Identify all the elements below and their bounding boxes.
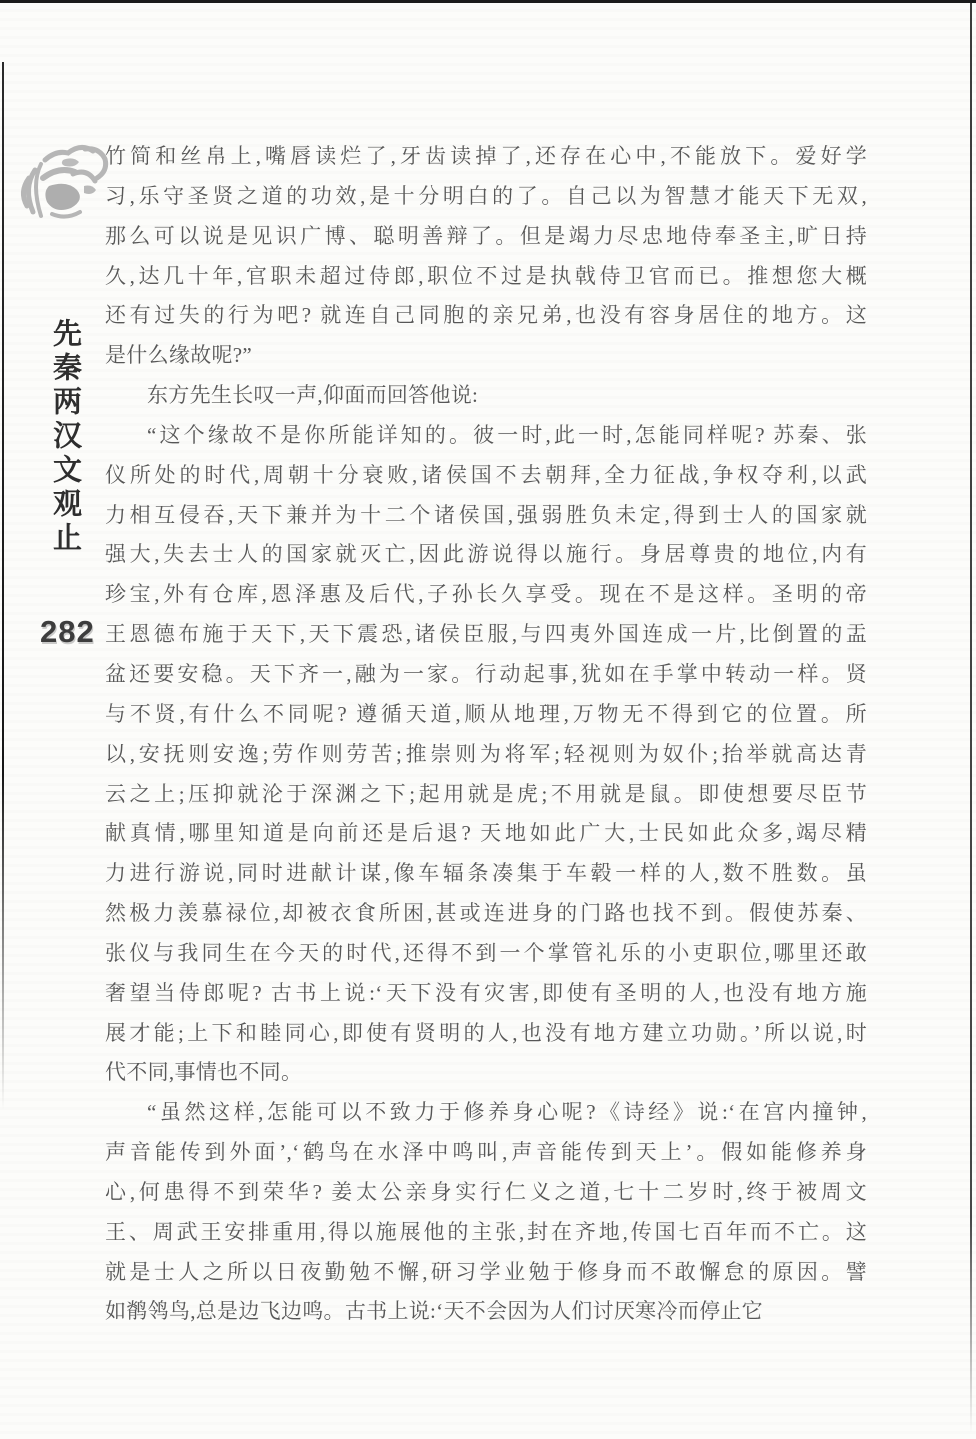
page-number: 282	[40, 614, 110, 650]
publisher-stamp-icon	[14, 138, 110, 228]
text-line: 云之上;压抑就沦于深渊之下;起用就是虎;不用就是鼠。即使想要尽臣节	[105, 775, 867, 815]
page-edge-left	[2, 62, 4, 1110]
text-line: 还有过失的行为吧? 就连自己同胞的亲兄弟,也没有容身居住的地方。这	[105, 296, 867, 336]
text-line: 是什么缘故呢?”	[105, 336, 867, 376]
text-line: 奢望当侍郎呢? 古书上说:‘天下没有灾害,即使有圣明的人,也没有地方施	[105, 974, 867, 1014]
text-line: 珍宝,外有仓库,恩泽惠及后代,子孙长久享受。现在不是这样。圣明的帝	[105, 575, 867, 615]
text-line: 力进行游说,同时进献计谋,像车辐条凑集于车毂一样的人,数不胜数。虽	[105, 854, 867, 894]
text-line: 代不同,事情也不同。	[105, 1053, 867, 1093]
text-line: 久,达几十年,官职未超过侍郎,职位不过是执戟侍卫官而已。推想您大概	[105, 257, 867, 297]
page-edge-right	[970, 3, 972, 1433]
text-line: 仪所处的时代,周朝十分衰败,诸侯国不去朝拜,全力征战,争权夺利,以武	[105, 456, 867, 496]
text-line: 展才能;上下和睦同心,即使有贤明的人,也没有地方建立功勋。’所以说,时	[105, 1014, 867, 1054]
text-line: 王恩德布施于天下,天下震恐,诸侯臣服,与四夷外国连成一片,比倒置的盂	[105, 615, 867, 655]
text-line: “虽然这样,怎能可以不致力于修养身心呢?《诗经》说:‘在宫内撞钟,	[105, 1093, 867, 1133]
text-line: 如鹡鸰鸟,总是边飞边鸣。古书上说:‘天不会因为人们讨厌寒冷而停止它	[105, 1292, 867, 1332]
text-line: 竹简和丝帛上,嘴唇读烂了,牙齿读掉了,还存在心中,不能放下。爱好学	[105, 137, 867, 177]
text-line: 就是士人之所以日夜勤勉不懈,研习学业勉于修身而不敢懈怠的原因。譬	[105, 1253, 867, 1293]
text-line: 王、周武王安排重用,得以施展他的主张,封在齐地,传国七百年而不亡。这	[105, 1213, 867, 1253]
text-line: 张仪与我同生在今天的时代,还得不到一个掌管礼乐的小吏职位,哪里还敢	[105, 934, 867, 974]
text-block: 竹简和丝帛上,嘴唇读烂了,牙齿读掉了,还存在心中,不能放下。爱好学习,乐守圣贤之…	[105, 137, 867, 1332]
text-line: 力相互侵吞,天下兼并为十二个诸侯国,强弱胜负未定,得到士人的国家就	[105, 496, 867, 536]
text-line: 那么可以说是见识广博、聪明善辩了。但是竭力尽忠地侍奉圣主,旷日持	[105, 217, 867, 257]
text-line: 心,何患得不到荣华? 姜太公亲身实行仁义之道,七十二岁时,终于被周文	[105, 1173, 867, 1213]
book-page: 先秦两汉文观止 282 竹简和丝帛上,嘴唇读烂了,牙齿读掉了,还存在心中,不能放…	[0, 0, 976, 1439]
text-line: 盆还要安稳。天下齐一,融为一家。行动起事,犹如在手掌中转动一样。贤	[105, 655, 867, 695]
text-line: 东方先生长叹一声,仰面而回答他说:	[105, 376, 867, 416]
text-line: 声音能传到外面’,‘鹤鸟在水泽中鸣叫,声音能传到天上’。假如能修养身	[105, 1133, 867, 1173]
series-title-vertical: 先秦两汉文观止	[44, 318, 86, 578]
page-edge-top	[0, 0, 976, 3]
text-line: 强大,失去士人的国家就灭亡,因此游说得以施行。身居尊贵的地位,内有	[105, 535, 867, 575]
text-line: “这个缘故不是你所能详知的。彼一时,此一时,怎能同样呢? 苏秦、张	[105, 416, 867, 456]
text-line: 与不贤,有什么不同呢? 遵循天道,顺从地理,万物无不得到它的位置。所	[105, 695, 867, 735]
text-line: 以,安抚则安逸;劳作则劳苦;推崇则为将军;轻视则为奴仆;抬举就高达青	[105, 735, 867, 775]
text-line: 然极力羡慕禄位,却被衣食所困,甚或连进身的门路也找不到。假使苏秦、	[105, 894, 867, 934]
text-line: 献真情,哪里知道是向前还是后退? 天地如此广大,士民如此众多,竭尽精	[105, 814, 867, 854]
text-line: 习,乐守圣贤之道的功效,是十分明白的了。自己以为智慧才能天下无双,	[105, 177, 867, 217]
